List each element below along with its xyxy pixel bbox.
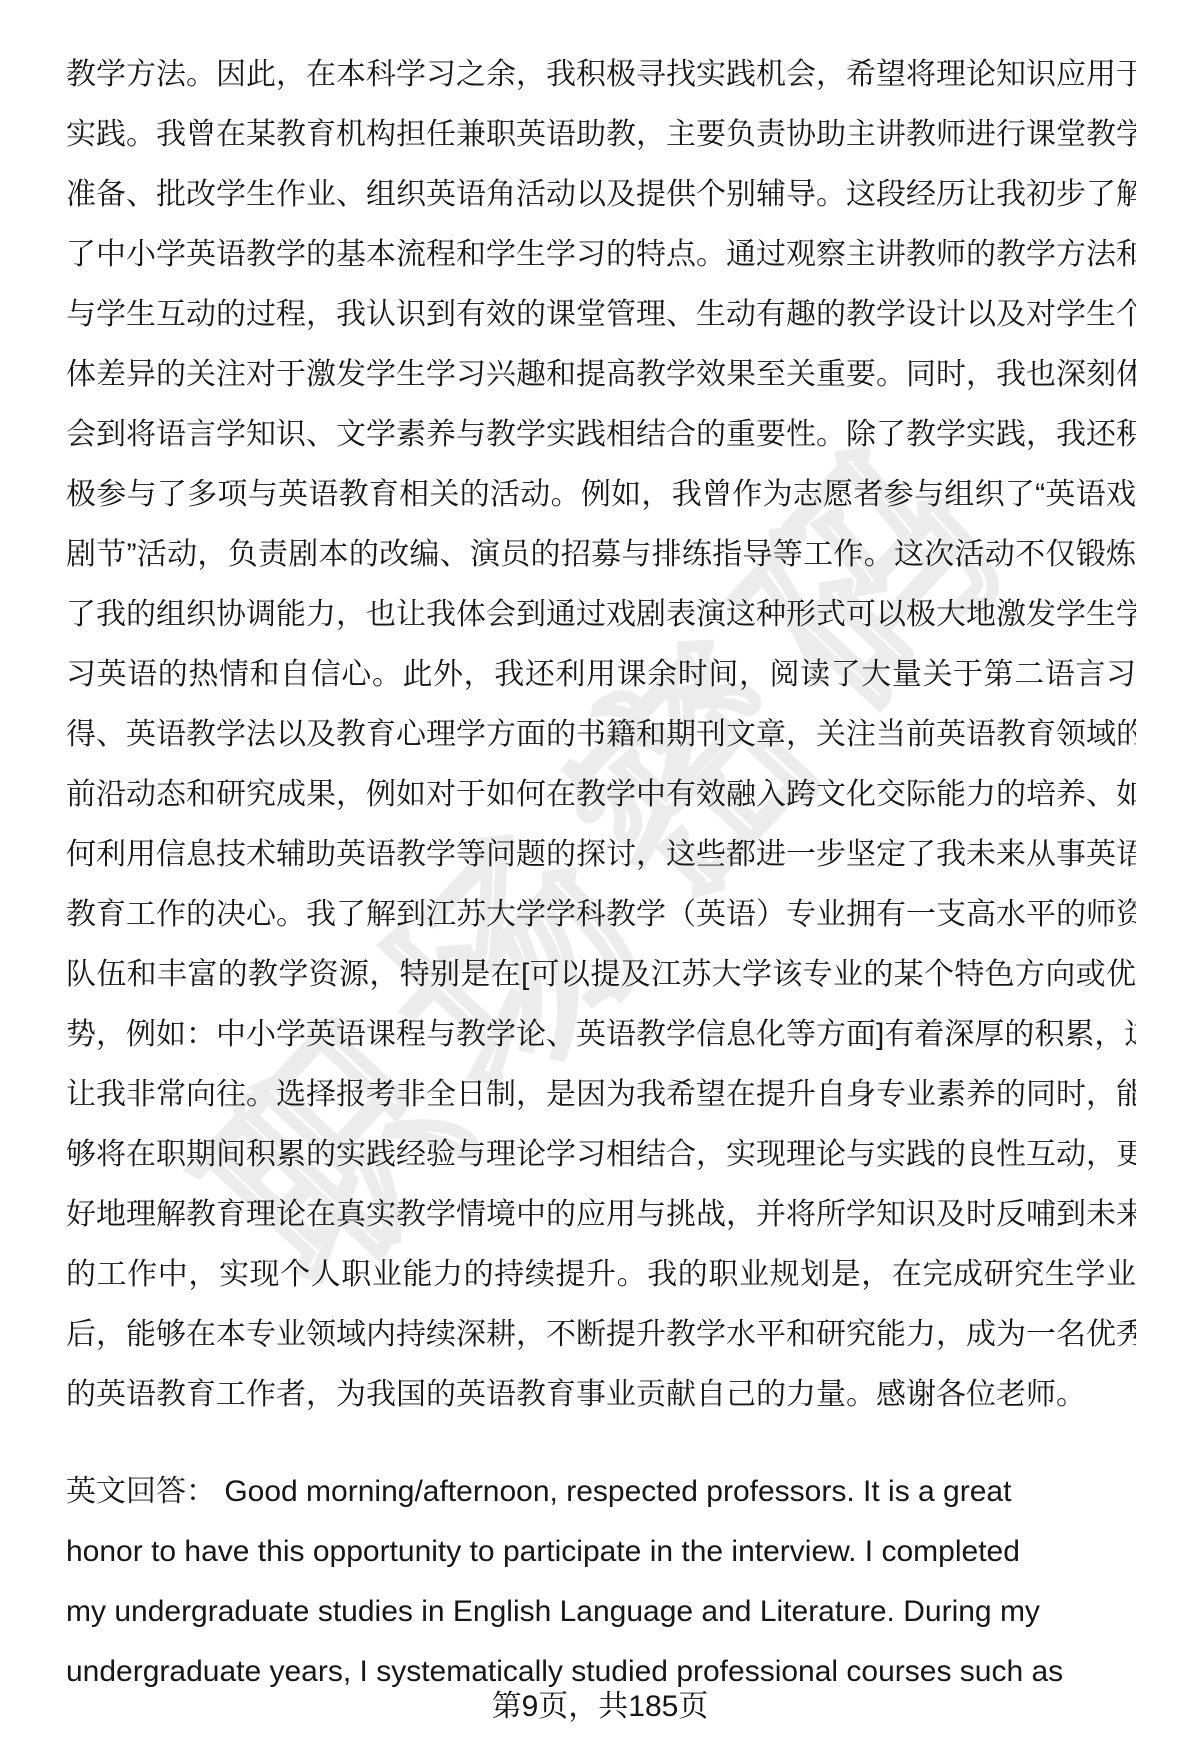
text-line: 剧节”活动，负责剧本的改编、演员的招募与排练指导等工作。这次活动不仅锻炼 [66, 525, 1136, 585]
text-line: 队伍和丰富的教学资源，特别是在[可以提及江苏大学该专业的某个特色方向或优 [66, 945, 1136, 1005]
text-line: 的工作中，实现个人职业能力的持续提升。我的职业规划是，在完成研究生学业 [66, 1245, 1136, 1305]
text-line: 会到将语言学知识、文学素养与教学实践相结合的重要性。除了教学实践，我还积 [66, 405, 1136, 465]
text-line: 好地理解教育理论在真实教学情境中的应用与挑战，并将所学知识及时反哺到未来 [66, 1185, 1136, 1245]
text-line: my undergraduate studies in English Lang… [66, 1582, 1136, 1642]
text-line: 势，例如：中小学英语课程与教学论、英语教学信息化等方面]有着深厚的积累，这 [66, 1005, 1136, 1065]
text-line: 体差异的关注对于激发学生学习兴趣和提高教学效果至关重要。同时，我也深刻体 [66, 345, 1136, 405]
text-line: 与学生互动的过程，我认识到有效的课堂管理、生动有趣的教学设计以及对学生个 [66, 285, 1136, 345]
text-line: 习英语的热情和自信心。此外，我还利用课余时间，阅读了大量关于第二语言习 [66, 645, 1136, 705]
text-line: 极参与了多项与英语教育相关的活动。例如，我曾作为志愿者参与组织了“英语戏 [66, 465, 1136, 525]
text-line: 教育工作的决心。我了解到江苏大学学科教学（英语）专业拥有一支高水平的师资 [66, 885, 1136, 945]
text-line: honor to have this opportunity to partic… [66, 1522, 1136, 1582]
text-line: 得、英语教学法以及教育心理学方面的书籍和期刊文章，关注当前英语教育领域的 [66, 705, 1136, 765]
text-line: 了中小学英语教学的基本流程和学生学习的特点。通过观察主讲教师的教学方法和 [66, 225, 1136, 285]
page-number: 第9页，共185页 [0, 1677, 1200, 1737]
text-line: 后，能够在本专业领域内持续深耕，不断提升教学水平和研究能力，成为一名优秀 [66, 1305, 1136, 1365]
text-line: 前沿动态和研究成果，例如对于如何在教学中有效融入跨文化交际能力的培养、如 [66, 765, 1136, 825]
en-paragraph: 英文回答： Good morning/afternoon, respected … [66, 1462, 1136, 1707]
document-page: 职场密码 教学方法。因此，在本科学习之余，我积极寻找实践机会，希望将理论知识应用… [0, 0, 1200, 1755]
text-line: 了我的组织协调能力，也让我体会到通过戏剧表演这种形式可以极大地激发学生学 [66, 585, 1136, 645]
text-line: 英文回答： Good morning/afternoon, respected … [66, 1462, 1136, 1522]
text-line: 准备、批改学生作业、组织英语角活动以及提供个别辅导。这段经历让我初步了解 [66, 165, 1136, 225]
text-line: 何利用信息技术辅助英语教学等问题的探讨，这些都进一步坚定了我未来从事英语 [66, 825, 1136, 885]
text-line: 实践。我曾在某教育机构担任兼职英语助教，主要负责协助主讲教师进行课堂教学 [66, 105, 1136, 165]
text-line: 教学方法。因此，在本科学习之余，我积极寻找实践机会，希望将理论知识应用于 [66, 45, 1136, 105]
text-line: 让我非常向往。选择报考非全日制，是因为我希望在提升自身专业素养的同时，能 [66, 1065, 1136, 1125]
text-line: 够将在职期间积累的实践经验与理论学习相结合，实现理论与实践的良性互动，更 [66, 1125, 1136, 1185]
cn-paragraph: 教学方法。因此，在本科学习之余，我积极寻找实践机会，希望将理论知识应用于实践。我… [66, 45, 1136, 1430]
text-line: 的英语教育工作者，为我国的英语教育事业贡献自己的力量。感谢各位老师。 [66, 1365, 1136, 1425]
